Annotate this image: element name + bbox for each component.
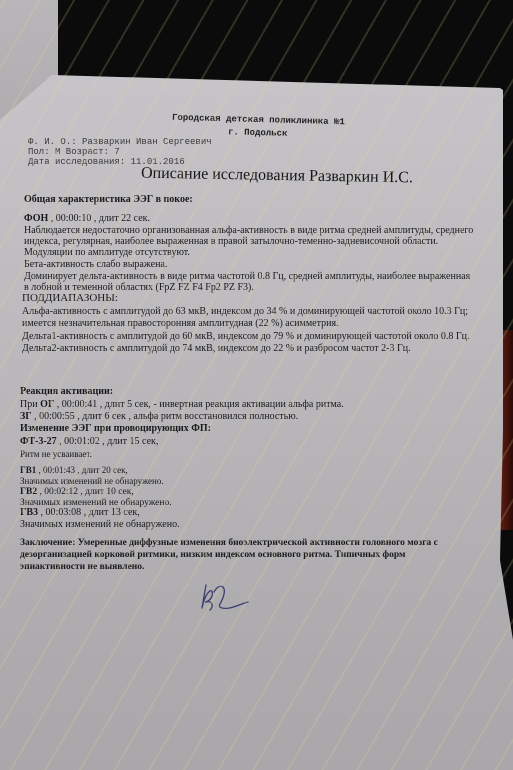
provocation-item: ГВ2 , 00:02:12 , длит 10 сек, (20, 487, 134, 498)
fon-label: ФОН (24, 213, 48, 224)
provocation-time: , 00:01:02 , длит 15 сек, (57, 436, 159, 447)
subranges-heading: ПОДДИАПАЗОНЫ: (22, 293, 118, 304)
fon-line: ФОН , 00:00:10 , длит 22 сек. (24, 213, 150, 224)
fon-time: , 00:00:10 , длит 22 сек. (48, 213, 150, 224)
og-text: , 00:00:41 , длит 5 сек, - инвертная реа… (54, 399, 344, 410)
og-label: ОГ (40, 399, 54, 410)
rest-line: Наблюдается недостаточно организованная … (24, 225, 473, 236)
conclusion-line: Заключение: Умеренные диффузные изменени… (20, 538, 438, 549)
activation-zg: ЗГ , 00:00:55 , длит 6 сек , альфа ритм … (20, 411, 298, 422)
document-page: Городская детская поликлиника №1 г. Подо… (0, 0, 513, 770)
patient-sex-age: Пол: М Возраст: 7 (28, 147, 120, 157)
provocation-item: ФТ-3-27 , 00:01:02 , длит 15 сек, (20, 436, 158, 447)
rest-line: Доминирует дельта-активность в виде ритм… (24, 271, 470, 282)
og-prefix: При (20, 399, 40, 410)
provocation-time: , 00:03:08 , длит 13 сек, (38, 507, 140, 518)
signature (200, 580, 280, 620)
provocation-item: ГВ3 , 00:03:08 , длит 13 сек, (20, 507, 140, 518)
provocation-label: ГВ2 (20, 487, 37, 497)
activation-heading: Реакция активации: (20, 386, 113, 397)
subrange-line: Дельта2-активность с амплитудой до 74 мк… (22, 343, 411, 354)
rest-line: Модуляции по амплитуде отсутствуют. (24, 247, 190, 258)
provocation-time: , 00:02:12 , длит 10 сек, (37, 487, 134, 497)
zg-label: ЗГ (20, 411, 32, 422)
provocation-time: , 00:01:43 , длит 20 сек, (36, 465, 128, 475)
provocation-item: ГВ1 , 00:01:43 , длит 20 сек, (20, 465, 128, 476)
rest-heading: Общая характеристика ЭЭГ в покое: (24, 194, 193, 205)
conclusion-line: эпиактивности не выявлено. (20, 562, 144, 573)
provocation-label: ФТ-3-27 (20, 436, 57, 447)
provocation-label: ГВ1 (20, 465, 36, 475)
provocation-result: Значимых изменений не обнаружено. (20, 519, 180, 530)
document-content: Городская детская поликлиника №1 г. Подо… (0, 0, 513, 770)
activation-og: При ОГ , 00:00:41 , длит 5 сек, - инверт… (20, 399, 344, 410)
zg-text: , 00:00:55 , длит 6 сек , альфа ритм вос… (32, 411, 299, 422)
provocation-label: ГВ3 (20, 507, 38, 518)
rest-line: индекса, регулярная, наиболее выраженная… (24, 236, 438, 247)
subrange-line: Дельта1-активность с амплитудой до 60 мк… (22, 331, 470, 342)
provocation-result: Значимых изменений не обнаружено. (20, 476, 164, 487)
clinic-city: г. Подольск (228, 127, 288, 139)
provocation-heading: Изменение ЭЭГ при провоцирующих ФП: (20, 423, 211, 434)
document-title: Описание исследования Разваркин И.С. (141, 165, 413, 188)
clinic-name: Городская детская поликлиника №1 (172, 113, 345, 128)
rest-line: Бета-активность слабо выражена. (24, 259, 167, 270)
conclusion-line: дезорганизацией корковой ритмики, низким… (20, 550, 405, 561)
provocation-result: Ритм не усваивает. (20, 449, 92, 460)
subrange-line: Альфа-активность с амплитудой до 63 мкВ,… (22, 306, 468, 317)
patient-name: Ф. И. О.: Разваркин Иван Сергеевич (28, 137, 212, 147)
subrange-line: имеется незначительная правосторонняя ам… (22, 318, 339, 329)
